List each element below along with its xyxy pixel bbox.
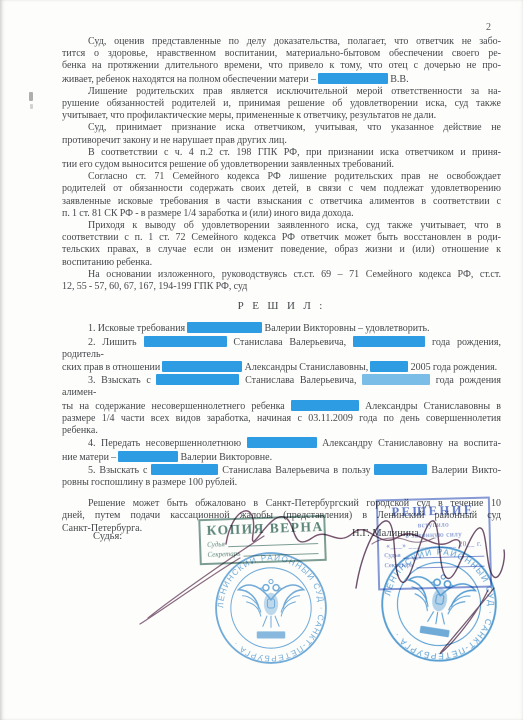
- redaction-box: [318, 73, 388, 84]
- redaction-box: [187, 322, 262, 333]
- redaction-box: [144, 336, 227, 347]
- document-line: рушение обязанностей родителей и, приним…: [62, 98, 501, 110]
- document-line: противоречит закону и не нарушает прав д…: [62, 135, 501, 147]
- paragraph: На основании изложенного, руководствуясь…: [62, 269, 501, 293]
- redaction-box: [151, 464, 218, 475]
- paragraph: 4. Передать несовершеннолетнюю Александр…: [62, 437, 501, 463]
- signature-stroke: [140, 536, 264, 624]
- page-number: 2: [486, 22, 491, 33]
- scan-artifact: [29, 92, 33, 101]
- redaction-box: [353, 336, 425, 347]
- document-line: 1. Исковые требования Валерии Викторовны…: [62, 322, 501, 335]
- document-line: 2. Лишить Станислава Валерьевича, года р…: [62, 336, 501, 361]
- document-line: ровны госпошлину в размере 100 рублей.: [62, 477, 501, 489]
- redaction-box: [291, 400, 359, 411]
- signature-stroke: [440, 588, 494, 653]
- paragraph: 1. Исковые требования Валерии Викторовны…: [62, 322, 501, 335]
- signature-stroke: [226, 511, 460, 548]
- document-line: 5. Взыскать с Станислава Валерьевича в п…: [62, 464, 501, 477]
- paragraph: Суд, принимает признание иска ответчиком…: [62, 122, 501, 146]
- document-line: Лишение родительских прав является исклю…: [62, 86, 501, 98]
- paragraph: 2. Лишить Станислава Валерьевича, года р…: [62, 336, 501, 375]
- paragraph: Суд, оценив представленные по делу доказ…: [62, 36, 501, 86]
- signature-stroke: [356, 521, 504, 588]
- document-line: бенка на протяжении длительного времени,…: [62, 60, 501, 72]
- document-line: соответствии с п. 1 ст. 72 Семейного код…: [62, 232, 501, 244]
- document-line: тится о здоровье, нравственном воспитани…: [62, 48, 501, 60]
- document-line: тии его судом выносится решение об удовл…: [62, 159, 501, 171]
- paragraph: 3. Взыскать с Станислава Валерьевича, го…: [62, 374, 501, 437]
- document-line: ние матери – Валерии Викторовне.: [62, 451, 501, 464]
- redaction-box: [247, 437, 317, 448]
- document-line: ребенка.: [62, 425, 501, 437]
- document-line: В соответствии с ч. 4 п.2 ст. 198 ГПК РФ…: [62, 147, 501, 159]
- document-line: 12, 55 - 57, 60, 67, 167, 194-199 ГПК РФ…: [62, 281, 501, 293]
- scanned-court-document-page: 2 Суд, оценив представленные по делу док…: [0, 0, 523, 720]
- redaction-box: [162, 361, 242, 372]
- redaction-box: [118, 451, 178, 462]
- paragraph: Согласно ст. 71 Семейного кодекса РФ лиш…: [62, 171, 501, 220]
- paragraph: 5. Взыскать с Станислава Валерьевича в п…: [62, 464, 501, 489]
- redaction-box: [374, 464, 427, 475]
- document-line: учитывает, что профилактические меры, пр…: [62, 110, 501, 122]
- resolution-heading: Р Е Ш И Л :: [62, 300, 501, 312]
- document-line: ты на содержание несовершеннолетнего реб…: [62, 400, 501, 413]
- paragraph: Лишение родительских прав является исклю…: [62, 86, 501, 123]
- redaction-box: [156, 374, 239, 385]
- document-line: Приходя к выводу об удовлетворении заявл…: [62, 220, 501, 232]
- document-line: п. 1 ст. 81 СК РФ - в размере 1/4 зарабо…: [62, 208, 501, 220]
- document-line: живает, ребенок находятся на полном обес…: [62, 73, 501, 86]
- document-line: воспитанию ребенка.: [62, 257, 501, 269]
- document-line: тельских правах, в случае если он измени…: [62, 244, 501, 256]
- paragraph: Приходя к выводу об удовлетворении заявл…: [62, 220, 501, 269]
- document-line: размере 1/4 части всех видов заработка, …: [62, 413, 501, 425]
- redaction-box: [362, 374, 430, 385]
- document-line: 3. Взыскать с Станислава Валерьевича, го…: [62, 374, 501, 399]
- document-line: Суд, принимает признание иска ответчиком…: [62, 122, 501, 134]
- document-body: Суд, оценив представленные по делу доказ…: [62, 36, 501, 535]
- document-line: Согласно ст. 71 Семейного кодекса РФ лиш…: [62, 171, 501, 183]
- document-line: родителей от обязанности содержать своих…: [62, 183, 501, 195]
- scan-artifact: [30, 104, 33, 109]
- document-line: ских прав в отношении Александры Станисл…: [62, 361, 501, 374]
- paragraph: В соответствии с ч. 4 п.2 ст. 198 ГПК РФ…: [62, 147, 501, 171]
- document-line: Суд, оценив представленные по делу доказ…: [62, 36, 501, 48]
- document-line: На основании изложенного, руководствуясь…: [62, 269, 501, 281]
- handwritten-signatures: [110, 492, 520, 677]
- document-line: заявленные исковые требования в части вз…: [62, 196, 501, 208]
- document-line: 4. Передать несовершеннолетнюю Александр…: [62, 437, 501, 450]
- redaction-box: [370, 361, 408, 372]
